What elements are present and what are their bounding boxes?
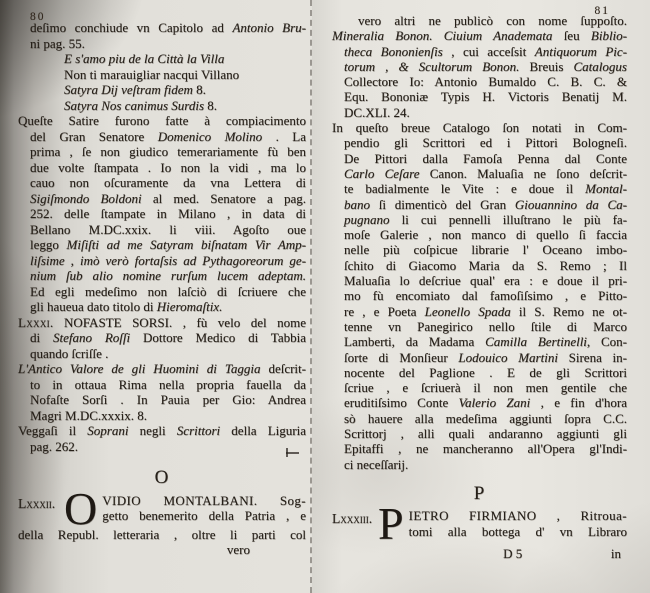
text-segment: Catalogus	[574, 59, 627, 74]
text-segment: Magri M.DC.xxxix. 8.	[30, 408, 147, 423]
text-line: ci neceſſarij.	[344, 457, 627, 472]
text-segment: deſimo conchiude vn Capitolo ad	[30, 20, 232, 35]
text-segment: Maluaſia lo deſcriue qual' era : e doue …	[344, 273, 627, 288]
text-line: moſe Galerie , non manco di quello ſi fa…	[344, 227, 627, 242]
text-segment: Hieromaſtix.	[157, 299, 223, 314]
text-line: Epitaffi , ne mancheranno all'Opera gl'I…	[344, 441, 627, 456]
text-line: nium ſub alio nomine rurſum lucem adepta…	[30, 268, 306, 284]
text-line: L'Antico Valore de gli Huomini di Taggia…	[18, 361, 306, 377]
text-segment: nelle più coſpicue librarie l' Oceano im…	[344, 242, 627, 257]
text-line: pag. 262.	[30, 439, 306, 455]
text-line: ni pag. 55.	[30, 36, 306, 52]
text-segment: pendio gli Scrittori ed i Pittori Bologn…	[344, 135, 627, 150]
right-page-text-column: vero altri ne publicò con nome ſuppoſto.…	[332, 13, 627, 562]
text-line: eruditiſsimo Conte Valerio Zani , e fin …	[344, 395, 627, 410]
text-segment: . La	[262, 129, 306, 144]
text-segment: NOFASTE SORSI. , fù velo del nome	[54, 315, 307, 330]
text-segment: , cui acceſsit	[451, 44, 535, 59]
text-segment: Domenico Molino	[158, 129, 262, 144]
text-segment: sò hauere alla medeſima aggiunti ſopra C…	[344, 411, 627, 426]
text-segment: Montal-	[585, 181, 627, 196]
text-segment: Satyra	[64, 98, 101, 113]
text-segment: liſsime , imò verò fortaſsis ad Pythagor…	[30, 253, 306, 268]
text-line: Queſte Satire furono fatte à compiacimen…	[18, 113, 306, 129]
text-line: Bellano M.DC.xxix. li viii. Agoſto oue	[30, 222, 306, 238]
text-line: del Gran Senatore Domenico Molino . La	[30, 129, 306, 145]
text-segment: il S. Remo ne ot-	[519, 304, 627, 319]
text-line: 252. delle ſtampate in Milano , in data …	[30, 206, 306, 222]
text-segment: Bellano M.DC.xxix. li viii. Agoſto oue	[30, 222, 306, 237]
text-line: ſchito di Giacomo Maria da S. Remo ; Il	[344, 258, 627, 273]
dropcap-letter-p: P	[376, 506, 409, 542]
text-line: torum , & Scultorum Bonon. Breuis Catalo…	[344, 59, 627, 74]
book-scan: 80 deſimo conchiude vn Capitolo ad Anton…	[0, 0, 650, 593]
right-page: 81 vero altri ne publicò con nome ſuppoſ…	[312, 0, 650, 593]
text-segment: di	[30, 330, 53, 345]
text-segment: ſchito di Giacomo Maria da S. Remo ; Il	[344, 258, 627, 273]
text-segment: tenne vn Panegirico nello ſtile di Marco	[344, 319, 627, 334]
text-segment: Scrittori	[177, 423, 220, 438]
text-segment: della Liguria	[220, 423, 306, 438]
text-segment: , Con-	[587, 334, 627, 349]
text-segment: L'Antico Valore de gli Huomini di Taggia	[18, 361, 268, 376]
text-segment: due volte ſtampata . Io non la vidi , ma…	[30, 160, 306, 175]
text-line: Sigiſmondo Boldoni al med. Senatore a pa…	[30, 191, 306, 207]
text-segment: te badialmente le Vite : e doue il	[344, 181, 585, 196]
text-segment: Queſte Satire furono fatte à compiacimen…	[18, 113, 306, 128]
text-line: Maluaſia lo deſcriue qual' era : e doue …	[344, 273, 627, 288]
text-line: liſsime , imò verò fortaſsis ad Pythagor…	[30, 253, 306, 269]
text-line: Satyra Dij veſtram fidem 8.	[64, 82, 306, 98]
text-segment: Dottore Medico di Tabbia	[143, 330, 306, 345]
section-heading-o: O	[18, 470, 306, 486]
text-segment: ſeu	[564, 28, 591, 43]
text-line: Lxxxi. NOFASTE SORSI. , fù velo del nome	[18, 315, 306, 331]
text-segment: Leonello Spada	[425, 304, 519, 319]
text-segment: 252. delle ſtampate in Milano , in data …	[30, 206, 306, 221]
text-segment: Stefano Roſſi	[53, 330, 143, 345]
text-line: Collectore Io: Antonio Bumaldo C. B. C. …	[344, 74, 627, 89]
text-segment: , e fin d'hora	[530, 395, 627, 410]
text-segment: Miſiſti ad me Satyram biſnatam Vir Amp-	[67, 237, 307, 252]
text-segment: Mineralia Bonon. Ciuium Anademata	[332, 28, 564, 43]
text-line: Satyra Nos canimus Surdis 8.	[64, 98, 306, 114]
text-line: re , e Poeta Leonello Spada il S. Remo n…	[344, 304, 627, 319]
text-line: mo fù encomiato dal famoſiſsimo , e Pitt…	[344, 288, 627, 303]
text-segment: leggo	[30, 237, 67, 252]
text-line: Scrittorj , alli quali andaranno aggiunt…	[344, 426, 627, 441]
text-line: E s'amo piu de la Città la Villa	[64, 51, 306, 67]
text-segment: vero	[227, 542, 250, 557]
text-segment: al med. Senatore a pag.	[153, 191, 306, 206]
text-segment: Sigiſmondo Boldoni	[30, 191, 153, 206]
entry-line: getto benemerito della Patria , e	[102, 508, 306, 524]
text-segment: ci neceſſarij.	[344, 457, 408, 472]
text-segment: torum , & Scultorum Bonon.	[344, 59, 529, 74]
text-line: cauo non oſcuramente da vna Lettera di	[30, 175, 306, 191]
page-fold-line	[310, 0, 312, 593]
text-segment: Equ. Bononiæ Typis H. Victoris Benatij M…	[344, 89, 627, 104]
text-line: te badialmente le Vite : e doue il Monta…	[344, 181, 627, 196]
text-line: Lamberti, da Madama Camilla Bertinelli, …	[344, 334, 627, 349]
text-line: vero altri ne publicò con nome ſuppoſto.	[358, 13, 627, 28]
entry-first-lines: IETRO FIRMIANO , Ritroua- tomi alla bott…	[409, 506, 627, 539]
text-segment: ſcriue , e ſcriuerà il non men gentile c…	[344, 380, 627, 395]
text-segment: Sirena in-	[569, 350, 627, 365]
text-segment: DC.XLI. 24.	[344, 105, 410, 120]
text-segment: Giouannino da Ca-	[515, 197, 627, 212]
text-segment: re , e Poeta	[344, 304, 425, 319]
text-line: Ed egli medeſimo non laſciò di ſcriuere …	[30, 284, 306, 300]
text-segment: Breuis	[529, 59, 573, 74]
text-segment: cauo non oſcuramente da vna Lettera di	[30, 175, 306, 190]
text-segment: ſi dimenticò del Gran	[379, 197, 515, 212]
text-segment: In queſto breue Catalogo ſon notati in C…	[332, 120, 627, 135]
text-line: prima , ſe non giudico temerariamente fù…	[30, 144, 306, 160]
text-line: Magri M.DC.xxxix. 8.	[30, 408, 306, 424]
text-segment: Camilla Bertinelli	[485, 334, 587, 349]
entry-first-lines: VIDIO MONTALBANI. Sog- getto benemerito …	[102, 491, 306, 524]
text-line: Nofaſte Sorſi . In Pauia per Gio: Andrea	[30, 392, 306, 408]
text-segment: Valerio Zani	[459, 395, 531, 410]
left-page-lines: deſimo conchiude vn Capitolo ad Antonio …	[18, 20, 306, 454]
text-segment: Epitaffi , ne mancheranno all'Opera gl'I…	[344, 441, 627, 456]
text-segment: quando ſcriſſe .	[30, 346, 108, 361]
text-segment: deſcrit-	[268, 361, 306, 376]
entry-number: Lxxxii.	[18, 491, 62, 512]
left-page-text-column: deſimo conchiude vn Capitolo ad Antonio …	[18, 20, 306, 558]
text-line: De Pittori dalla Famoſa Penna dal Conte	[344, 151, 627, 166]
text-segment: 8.	[207, 98, 217, 113]
text-segment: Scrittorj , alli quali andaranno aggiunt…	[344, 426, 627, 441]
text-segment: pag. 262.	[30, 439, 78, 454]
text-segment: nocente del Paglione . E de gli Scrittor…	[344, 365, 627, 380]
entry-number: Lxxxiii.	[332, 506, 376, 526]
text-segment: Antiquorum Pic-	[535, 44, 627, 59]
text-segment: Soprani	[87, 423, 128, 438]
text-line: DC.XLI. 24.	[344, 105, 627, 120]
text-segment: bano	[344, 197, 379, 212]
text-line: di Stefano Roſſi Dottore Medico di Tabbi…	[30, 330, 306, 346]
text-segment: li cui pennelli illuſtrano le più fa-	[402, 212, 627, 227]
text-line: vero	[18, 542, 306, 558]
text-line: nelle più coſpicue librarie l' Oceano im…	[344, 242, 627, 257]
text-segment: gli haueua dato titolo di	[30, 299, 157, 314]
text-line: In queſto breue Catalogo ſon notati in C…	[332, 120, 627, 135]
text-segment: pugnano	[344, 212, 402, 227]
text-segment: theca Bononienſis	[344, 44, 451, 59]
catchword: in	[611, 546, 621, 561]
text-segment: prima , ſe non giudico temerariamente fù…	[30, 144, 306, 159]
entry-pietro-firmiano: Lxxxiii. P IETRO FIRMIANO , Ritroua- tom…	[332, 506, 627, 542]
text-line: Equ. Bononiæ Typis H. Victoris Benatij M…	[344, 89, 627, 104]
text-segment: eruditiſsimo Conte	[344, 395, 459, 410]
left-page-tail-lines: della Republ. letteraria , oltre li part…	[18, 527, 306, 558]
entry-ovidio-montalbani: Lxxxii. O VIDIO MONTALBANI. Sog- getto b…	[18, 491, 306, 527]
text-line: sò hauere alla medeſima aggiunti ſopra C…	[344, 411, 627, 426]
entry-line: VIDIO MONTALBANI. Sog-	[102, 493, 306, 509]
text-line: quando ſcriſſe .	[30, 346, 306, 362]
text-line: tenne vn Panegirico nello ſtile di Marco	[344, 319, 627, 334]
text-segment: Lodouico Martini	[458, 350, 568, 365]
signature-mark: D 5	[503, 546, 522, 561]
text-segment: nium ſub alio nomine rurſum lucem adepta…	[30, 268, 306, 283]
text-line: to in ottaua Rima nella propria fauella …	[30, 377, 306, 393]
left-page: 80 deſimo conchiude vn Capitolo ad Anton…	[0, 0, 312, 593]
right-page-lines: vero altri ne publicò con nome ſuppoſto.…	[332, 13, 627, 472]
text-line: Carlo Ceſare Canon. Maluaſia ne ſono deſ…	[344, 166, 627, 181]
text-line: pugnano li cui pennelli illuſtrano le pi…	[344, 212, 627, 227]
entry-line: IETRO FIRMIANO , Ritroua-	[409, 508, 627, 524]
text-line: gli haueua dato titolo di Hieromaſtix.	[30, 299, 306, 315]
text-segment: Biblio-	[591, 28, 627, 43]
text-segment: Satyra	[64, 82, 101, 97]
text-segment: Lxxxi.	[18, 315, 54, 330]
section-heading-p: P	[332, 486, 627, 501]
text-segment: Veggaſi il	[18, 423, 87, 438]
text-segment: ſorte di Monſieur	[344, 350, 458, 365]
text-line: ſcriue , e ſcriuerà il non men gentile c…	[344, 380, 627, 395]
text-segment: del Gran Senatore	[30, 129, 158, 144]
text-segment: ni pag. 55.	[30, 36, 85, 51]
text-line: pendio gli Scrittori ed i Pittori Bologn…	[344, 135, 627, 150]
text-segment: vero altri ne publicò con nome ſuppoſto.	[358, 13, 627, 28]
text-line: bano ſi dimenticò del Gran Giouannino da…	[344, 197, 627, 212]
ink-mark	[286, 448, 299, 457]
text-segment: moſe Galerie , non manco di quello ſi fa…	[344, 227, 627, 242]
text-segment: Antonio Bru-	[232, 20, 306, 35]
text-line: due volte ſtampata . Io non la vidi , ma…	[30, 160, 306, 176]
text-segment: E s'amo piu de la Città la Villa	[64, 51, 224, 66]
text-segment: Dij veſtram fidem	[101, 82, 196, 97]
text-segment: 8.	[196, 82, 206, 97]
entry-line: tomi alla bottega d' vn Libraro	[409, 524, 627, 540]
text-segment: Canon. Maluaſia ne ſono deſcrit-	[430, 166, 627, 181]
text-segment: Nofaſte Sorſi . In Pauia per Gio: Andrea	[30, 392, 306, 407]
text-line: deſimo conchiude vn Capitolo ad Antonio …	[30, 20, 306, 36]
text-segment: della Republ. letteraria , oltre li part…	[18, 527, 306, 542]
signature-row: D 5 in	[332, 546, 627, 562]
text-line: della Republ. letteraria , oltre li part…	[18, 527, 306, 543]
text-line: Veggaſi il Soprani negli Scrittori della…	[18, 423, 306, 439]
dropcap-letter-o: O	[62, 491, 102, 527]
text-segment: Ed egli medeſimo non laſciò di ſcriuere …	[30, 284, 306, 299]
text-line: theca Bononienſis , cui acceſsit Antiquo…	[344, 44, 627, 59]
text-line: nocente del Paglione . E de gli Scrittor…	[344, 365, 627, 380]
text-segment: Collectore Io: Antonio Bumaldo C. B. C. …	[344, 74, 627, 89]
text-line: ſorte di Monſieur Lodouico Martini Siren…	[344, 350, 627, 365]
text-segment: to in ottaua Rima nella propria fauella …	[30, 377, 306, 392]
text-segment: De Pittori dalla Famoſa Penna dal Conte	[344, 151, 627, 166]
text-segment: Nos canimus Surdis	[101, 98, 207, 113]
text-segment: Carlo Ceſare	[344, 166, 430, 181]
text-line: Mineralia Bonon. Ciuium Anademata ſeu Bi…	[332, 28, 627, 43]
text-segment: negli	[128, 423, 176, 438]
text-line: leggo Miſiſti ad me Satyram biſnatam Vir…	[30, 237, 306, 253]
text-line: Non ti marauigliar nacqui Villano	[64, 67, 306, 83]
text-segment: Non ti marauigliar nacqui Villano	[64, 67, 239, 82]
text-segment: mo fù encomiato dal famoſiſsimo , e Pitt…	[344, 288, 627, 303]
text-segment: Lamberti, da Madama	[344, 334, 485, 349]
